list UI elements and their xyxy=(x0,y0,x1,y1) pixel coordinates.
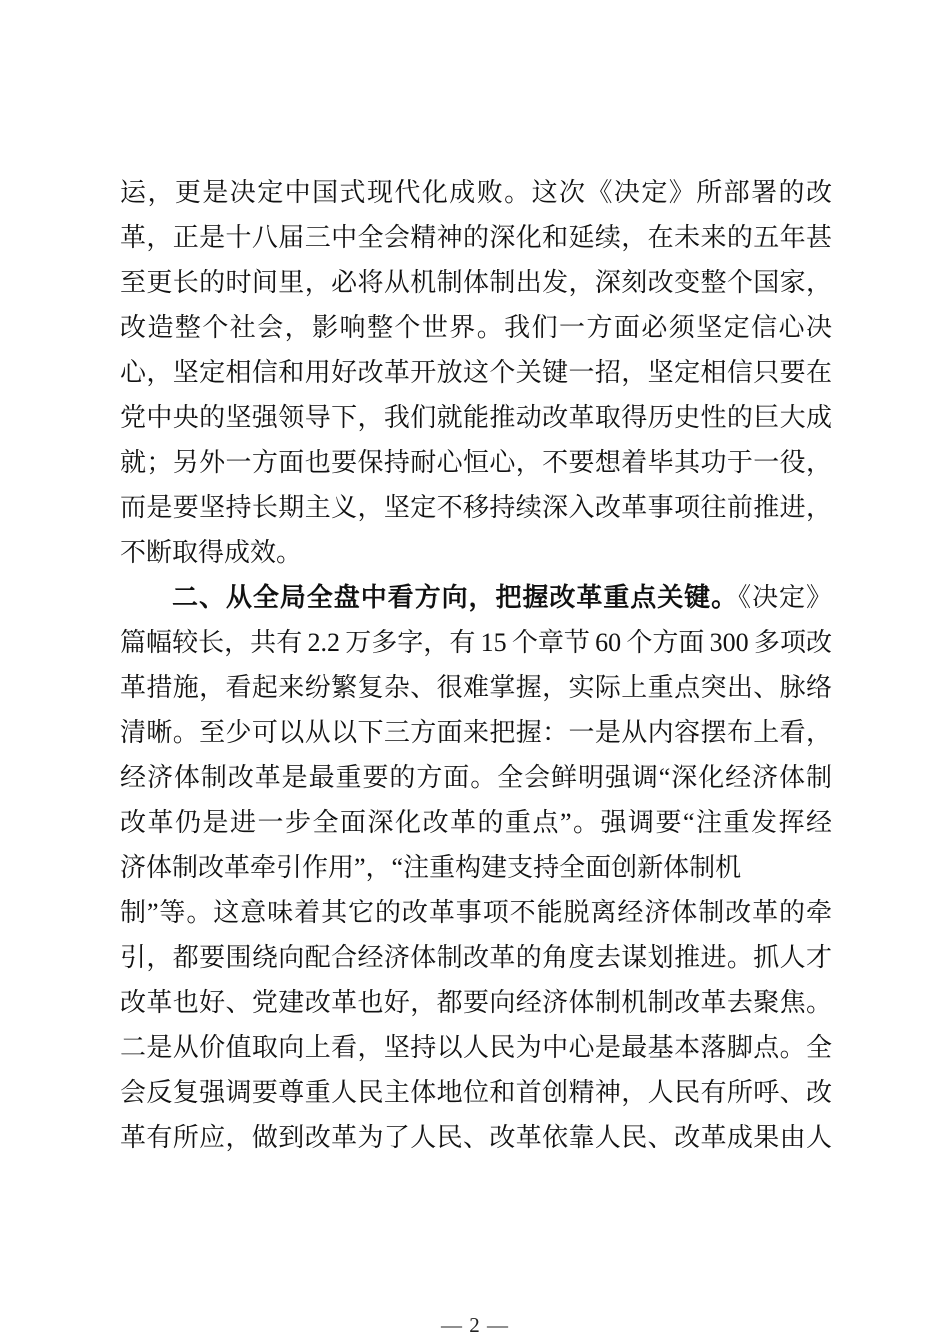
text-line: 会反复强调要尊重人民主体地位和首创精神，人民有所呼、改 xyxy=(120,1070,832,1115)
text-line: 二是从价值取向上看，坚持以人民为中心是最基本落脚点。全 xyxy=(120,1025,832,1070)
text-line: 改革也好、党建改革也好，都要向经济体制机制改革去聚焦。 xyxy=(120,980,832,1025)
text-line: 就；另外一方面也要保持耐心恒心，不要想着毕其功于一役， xyxy=(120,440,832,485)
section-heading: 二、从全局全盘中看方向，把握改革重点关键。 xyxy=(172,583,738,612)
page-number: — 2 — xyxy=(0,1310,950,1340)
document-page: 运，更是决定中国式现代化成败。这次《决定》所部署的改 革，正是十八届三中全会精神… xyxy=(0,0,950,1344)
text-line: 改革仍是进一步全面深化改革的重点”。强调要“注重发挥经 xyxy=(120,800,832,845)
section-heading-line: 二、从全局全盘中看方向，把握改革重点关键。《决定》 xyxy=(120,575,832,620)
text-line: 改造整个社会，影响整个世界。我们一方面必须坚定信心决 xyxy=(120,305,832,350)
text-line: 党中央的坚强领导下，我们就能推动改革取得历史性的巨大成 xyxy=(120,395,832,440)
text-line: 至更长的时间里，必将从机制体制出发，深刻改变整个国家， xyxy=(120,260,832,305)
text-line: 心，坚定相信和用好改革开放这个关键一招，坚定相信只要在 xyxy=(120,350,832,395)
text-line: 引，都要围绕向配合经济体制改革的角度去谋划推进。抓人才 xyxy=(120,935,832,980)
text-line: 清晰。至少可以从以下三方面来把握：一是从内容摆布上看， xyxy=(120,710,832,755)
text-line: 革措施，看起来纷繁复杂、很难掌握，实际上重点突出、脉络 xyxy=(120,665,832,710)
document-body: 运，更是决定中国式现代化成败。这次《决定》所部署的改 革，正是十八届三中全会精神… xyxy=(120,170,832,1160)
text-line: 济体制改革牵引作用”，“注重构建支持全面创新体制机 xyxy=(120,845,832,890)
text-line: 不断取得成效。 xyxy=(120,530,832,575)
section-heading-tail: 《决定》 xyxy=(738,583,832,612)
text-line: 运，更是决定中国式现代化成败。这次《决定》所部署的改 xyxy=(120,170,832,215)
text-line: 革，正是十八届三中全会精神的深化和延续，在未来的五年甚 xyxy=(120,215,832,260)
text-line: 制”等。这意味着其它的改革事项不能脱离经济体制改革的牵 xyxy=(120,890,832,935)
text-line: 篇幅较长，共有 2.2 万多字，有 15 个章节 60 个方面 300 多项改 xyxy=(120,620,832,665)
text-line: 革有所应，做到改革为了人民、改革依靠人民、改革成果由人 xyxy=(120,1115,832,1160)
text-line: 经济体制改革是最重要的方面。全会鲜明强调“深化经济体制 xyxy=(120,755,832,800)
text-line: 而是要坚持长期主义，坚定不移持续深入改革事项往前推进， xyxy=(120,485,832,530)
